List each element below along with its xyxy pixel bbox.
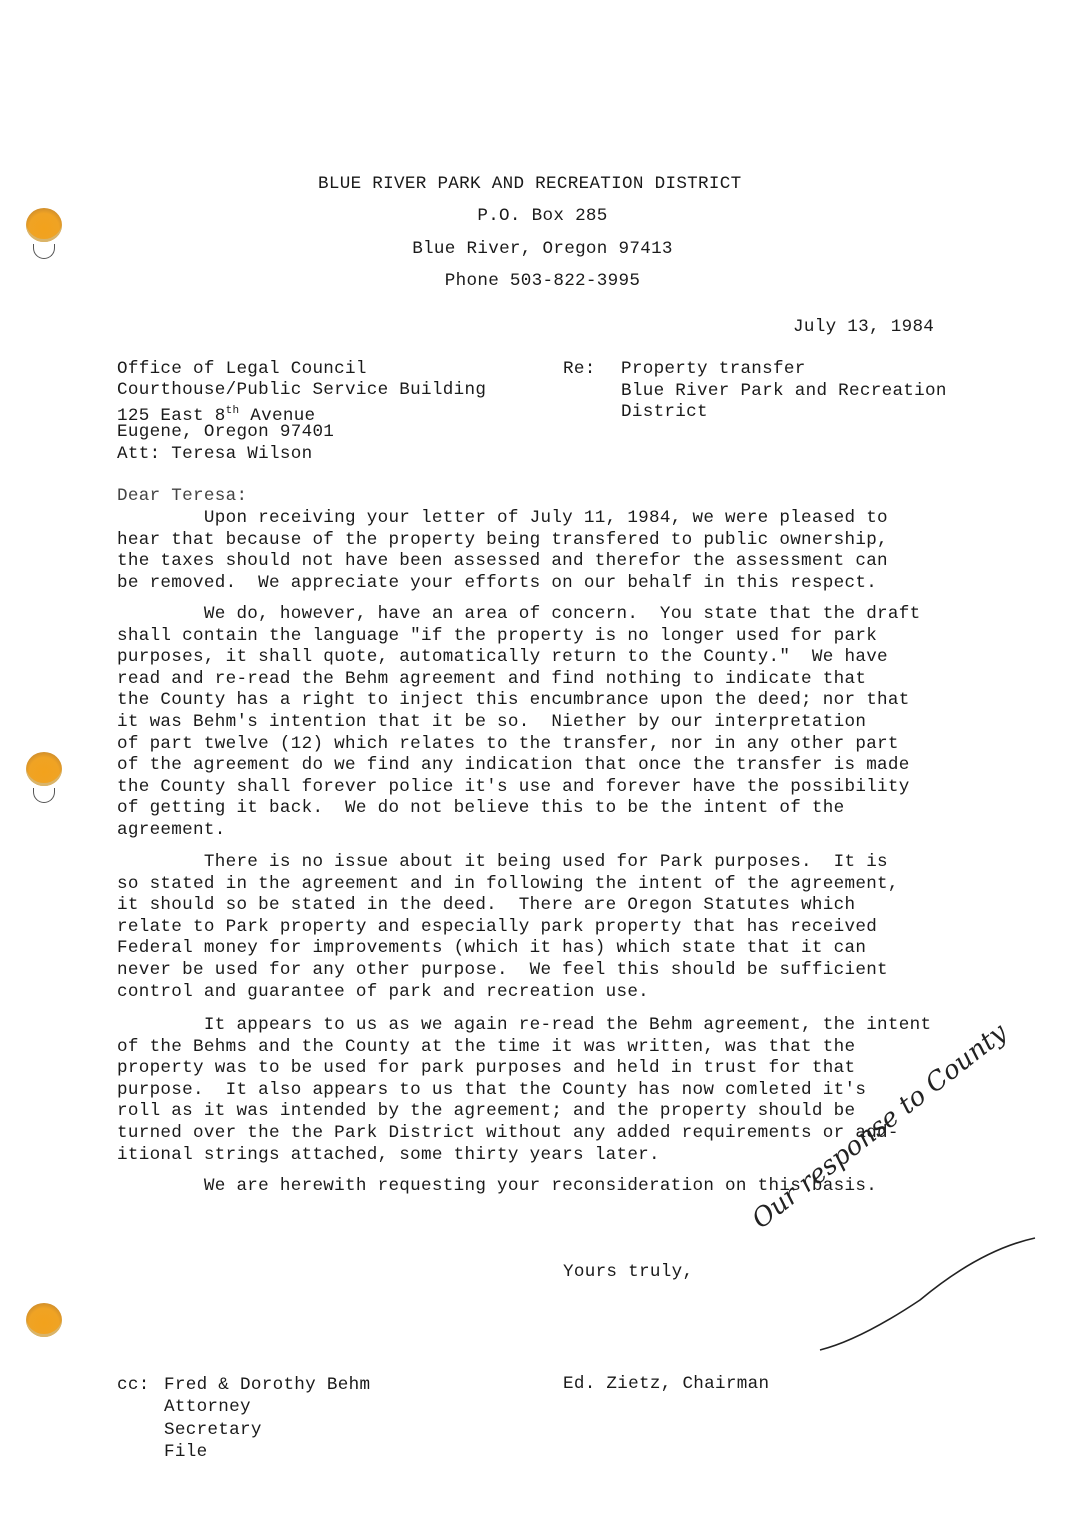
- recipient-line: Office of Legal Council: [117, 359, 367, 381]
- salutation: Dear Teresa:: [117, 486, 247, 508]
- letterhead-phone: Phone 503-822-3995: [0, 271, 1085, 293]
- recipient-line: Eugene, Oregon 97401: [117, 422, 334, 444]
- paragraph-line: the County has a right to inject this en…: [117, 690, 987, 712]
- closing: Yours truly,: [563, 1262, 693, 1284]
- paragraph-line: read and re-read the Behm agreement and …: [117, 669, 987, 691]
- paragraph-line: of part twelve (12) which relates to the…: [117, 734, 987, 756]
- paragraph-line: so stated in the agreement and in follow…: [117, 874, 987, 896]
- paragraph-line: the County shall forever police it's use…: [117, 777, 987, 799]
- paragraph-line: There is no issue about it being used fo…: [117, 852, 987, 874]
- re-line: District: [621, 402, 708, 424]
- paragraph-line: hear that because of the property being …: [117, 530, 987, 552]
- paragraph-line: it should so be stated in the deed. Ther…: [117, 895, 987, 917]
- letterhead-po-box: P.O. Box 285: [0, 206, 1085, 228]
- paragraph-line: of the agreement do we find any indicati…: [117, 755, 987, 777]
- paragraph-line: Federal money for improvements (which it…: [117, 938, 987, 960]
- paragraph-line: We do, however, have an area of concern.…: [117, 604, 987, 626]
- ordinal-suffix: th: [226, 405, 240, 417]
- recipient-attention: Att: Teresa Wilson: [117, 444, 312, 466]
- paragraph-line: roll as it was intended by the agreement…: [117, 1101, 987, 1123]
- cc-item: Fred & Dorothy Behm: [164, 1375, 370, 1397]
- paragraph-line: purposes, it shall quote, automatically …: [117, 647, 987, 669]
- paragraph-line: relate to Park property and especially p…: [117, 917, 987, 939]
- body-paragraph-1: Upon receiving your letter of July 11, 1…: [117, 508, 987, 594]
- letter-date: July 13, 1984: [793, 317, 934, 339]
- paragraph-line: It appears to us as we again re-read the…: [117, 1015, 987, 1037]
- body-paragraph-3: There is no issue about it being used fo…: [117, 852, 987, 1003]
- paragraph-line: be removed. We appreciate your efforts o…: [117, 573, 987, 595]
- cc-item: File: [164, 1442, 207, 1464]
- cc-item: Attorney: [164, 1397, 251, 1419]
- paragraph-line: property was to be used for park purpose…: [117, 1058, 987, 1080]
- re-line: Blue River Park and Recreation: [621, 381, 947, 403]
- binder-hole-bottom: [26, 1303, 62, 1337]
- letterhead-city: Blue River, Oregon 97413: [0, 239, 1085, 261]
- paragraph-line: never be used for any other purpose. We …: [117, 960, 987, 982]
- cc-item: Secretary: [164, 1420, 262, 1442]
- paragraph-line: control and guarantee of park and recrea…: [117, 982, 987, 1004]
- paragraph-line: agreement.: [117, 820, 987, 842]
- paragraph-line: purpose. It also appears to us that the …: [117, 1080, 987, 1102]
- paragraph-line: Upon receiving your letter of July 11, 1…: [117, 508, 987, 530]
- cc-label: cc:: [117, 1375, 150, 1397]
- paragraph-line: the taxes should not have been assessed …: [117, 551, 987, 573]
- paragraph-line: of the Behms and the County at the time …: [117, 1037, 987, 1059]
- paragraph-line: shall contain the language "if the prope…: [117, 626, 987, 648]
- re-line: Property transfer: [621, 359, 806, 381]
- letterhead-org: BLUE RIVER PARK AND RECREATION DISTRICT: [318, 174, 741, 196]
- paragraph-line: of getting it back. We do not believe th…: [117, 798, 987, 820]
- recipient-line: Courthouse/Public Service Building: [117, 380, 486, 402]
- body-paragraph-5: We are herewith requesting your reconsid…: [117, 1176, 987, 1198]
- re-label: Re:: [563, 359, 596, 381]
- paragraph-line: We are herewith requesting your reconsid…: [117, 1176, 987, 1198]
- body-paragraph-2: We do, however, have an area of concern.…: [117, 604, 987, 842]
- paragraph-line: it was Behm's intention that it be so. N…: [117, 712, 987, 734]
- handwritten-underline: [800, 1220, 1040, 1360]
- signer-name: Ed. Zietz, Chairman: [563, 1374, 769, 1396]
- binder-hole-middle: [26, 752, 62, 786]
- binder-ring-middle: [33, 788, 55, 803]
